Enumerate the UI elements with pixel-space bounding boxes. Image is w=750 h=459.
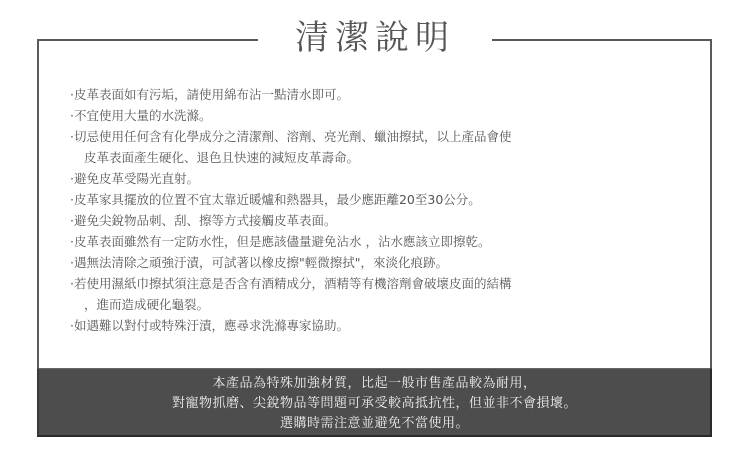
item-text: ·皮革表面雖然有一定防水性，但是應該儘量避免沾水 ，沾水應該立即擦乾。 [70, 234, 490, 249]
list-item: ·避免尖銳物品刺、刮、擦等方式接觸皮革表面。 [70, 210, 630, 231]
list-item: ·遇無法清除之頑強汙漬，可試著以橡皮擦"輕微擦拭"，來淡化痕跡。 [70, 252, 630, 273]
item-text: ·皮革表面如有污垢，請使用綿布沾一點清水即可。 [70, 87, 349, 102]
item-text-continued: ，進而造成硬化龜裂。 [70, 294, 630, 315]
item-text: ·如遇難以對付或特殊汙漬，應尋求洗滌專家協助。 [70, 318, 349, 333]
list-item: ·若使用濕紙巾擦拭須注意是否含有酒精成分，酒精等有機溶劑會破壞皮面的結構，進而造… [70, 273, 630, 315]
item-text: ·不宜使用大量的水洗滌。 [70, 108, 211, 123]
list-item: ·避免皮革受陽光直射。 [70, 168, 630, 189]
notice-band: 本產品為特殊加強材質，比起一般市售產品較為耐用， 對寵物抓磨、尖銳物品等問題可承… [37, 368, 712, 437]
item-text: ·若使用濕紙巾擦拭須注意是否含有酒精成分，酒精等有機溶劑會破壞皮面的結構 [70, 276, 511, 291]
list-item: ·皮革表面雖然有一定防水性，但是應該儘量避免沾水 ，沾水應該立即擦乾。 [70, 231, 630, 252]
item-text: ·避免尖銳物品刺、刮、擦等方式接觸皮革表面。 [70, 213, 336, 228]
item-text: ·避免皮革受陽光直射。 [70, 171, 199, 186]
list-item: ·切忌使用任何含有化學成分之清潔劑、溶劑、亮光劑、蠟油擦拭，以上產品會使皮革表面… [70, 126, 630, 168]
care-instructions-list: ·皮革表面如有污垢，請使用綿布沾一點清水即可。 ·不宜使用大量的水洗滌。 ·切忌… [70, 84, 630, 336]
list-item: ·皮革表面如有污垢，請使用綿布沾一點清水即可。 [70, 84, 630, 105]
item-text: ·切忌使用任何含有化學成分之清潔劑、溶劑、亮光劑、蠟油擦拭，以上產品會使 [70, 129, 511, 144]
notice-line: 對寵物抓磨、尖銳物品等問題可承受較高抵抗性，但並非不會損壞。 [39, 394, 710, 414]
list-item: ·不宜使用大量的水洗滌。 [70, 105, 630, 126]
item-text: ·遇無法清除之頑強汙漬，可試著以橡皮擦"輕微擦拭"，來淡化痕跡。 [70, 255, 448, 270]
notice-line: 選購時需注意並避免不當使用。 [39, 414, 710, 434]
list-item: ·如遇難以對付或特殊汙漬，應尋求洗滌專家協助。 [70, 315, 630, 336]
notice-line: 本產品為特殊加強材質，比起一般市售產品較為耐用， [39, 374, 710, 394]
item-text: ·皮革家具擺放的位置不宜太靠近暖爐和熱器具，最少應距離20至30公分。 [70, 192, 481, 207]
list-item: ·皮革家具擺放的位置不宜太靠近暖爐和熱器具，最少應距離20至30公分。 [70, 189, 630, 210]
item-text-continued: 皮革表面產生硬化、退色且快速的減短皮革壽命。 [70, 147, 630, 168]
